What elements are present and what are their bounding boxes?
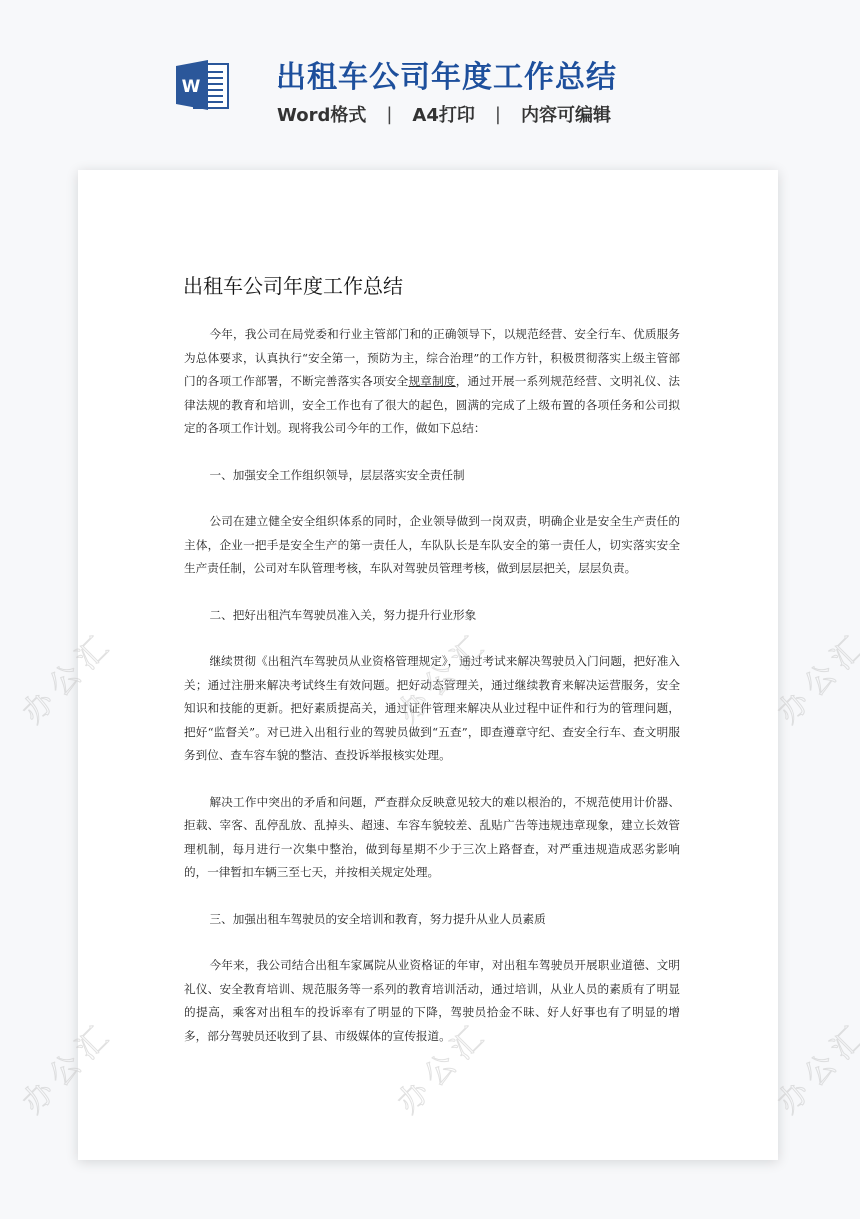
watermark: 办公汇 — [765, 1009, 860, 1121]
document-title: 出租车公司年度工作总结 — [183, 270, 403, 299]
separator: | — [495, 104, 501, 125]
svg-text:W: W — [182, 77, 201, 97]
feature-word-format: Word格式 — [277, 101, 366, 127]
section-2-paragraph-1: 继续贯彻《出租汽车驾驶员从业资格管理规定》，通过考试来解决驾驶员入门问题，把好准… — [184, 650, 680, 768]
feature-a4-print: A4打印 — [412, 101, 474, 127]
section-2-paragraph-2: 解决工作中突出的矛盾和问题，严查群众反映意见较大的难以根治的，不规范使用计价器、… — [184, 791, 680, 885]
section-3-paragraph: 今年来，我公司结合出租车家属院从业资格证的年审，对出租车驾驶员开展职业道德、文明… — [184, 954, 680, 1048]
section-1-paragraph: 公司在建立健全安全组织体系的同时，企业领导做到一岗双责，明确企业是安全生产责任的… — [184, 510, 680, 581]
banner-title: 出租车公司年度工作总结 — [276, 52, 617, 96]
feature-list: Word格式 | A4打印 | 内容可编辑 — [277, 101, 611, 127]
section-heading-3: 三、加强出租车驾驶员的安全培训和教育，努力提升从业人员素质 — [184, 908, 680, 932]
document-body: 今年，我公司在局党委和行业主管部门和的正确领导下，以规范经营、安全行车、优质服务… — [184, 323, 680, 1071]
intro-paragraph: 今年，我公司在局党委和行业主管部门和的正确领导下，以规范经营、安全行车、优质服务… — [184, 323, 680, 441]
watermark: 办公汇 — [765, 619, 860, 731]
separator: | — [386, 104, 392, 125]
document-page: 出租车公司年度工作总结 今年，我公司在局党委和行业主管部门和的正确领导下，以规范… — [78, 170, 778, 1160]
rules-link[interactable]: 规章制度 — [408, 374, 455, 388]
feature-editable: 内容可编辑 — [521, 101, 611, 127]
section-heading-2: 二、把好出租汽车驾驶员准入关，努力提升行业形象 — [184, 604, 680, 628]
banner-header: W 出租车公司年度工作总结 Word格式 | A4打印 | 内容可编辑 — [0, 0, 860, 160]
section-heading-1: 一、加强安全工作组织领导，层层落实安全责任制 — [184, 464, 680, 488]
word-document-icon: W — [176, 58, 230, 112]
